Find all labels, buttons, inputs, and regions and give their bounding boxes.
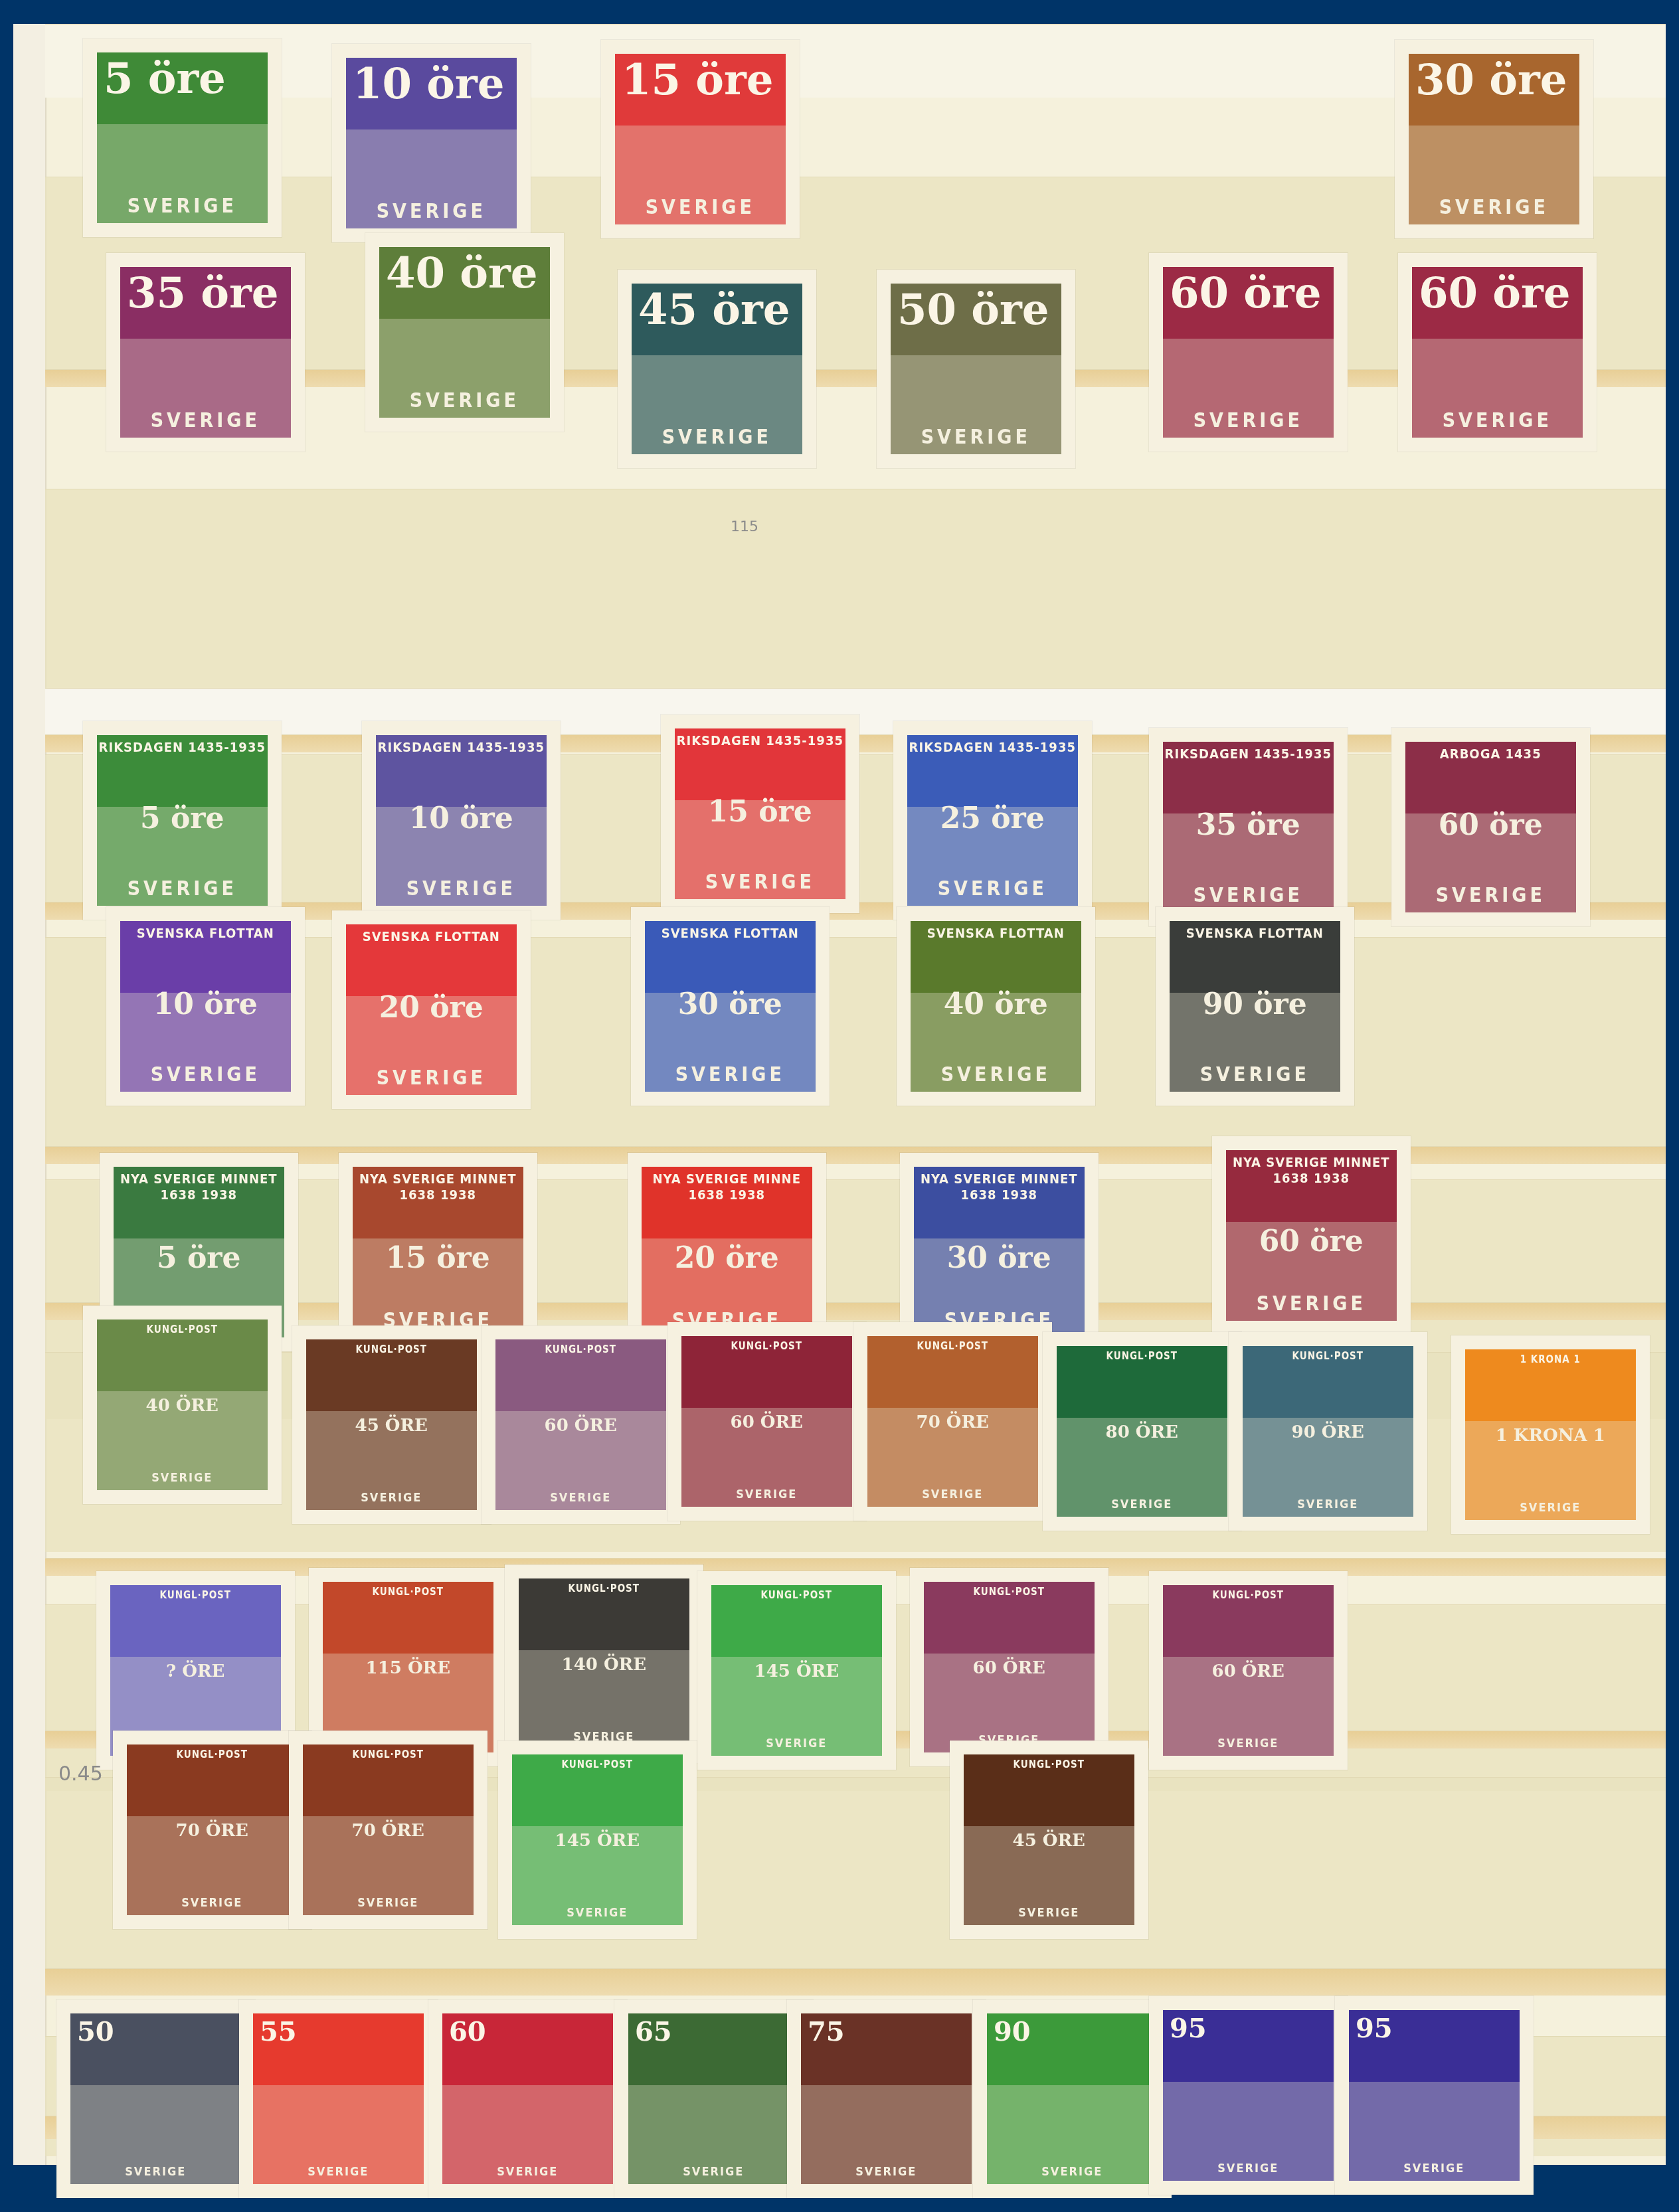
- stamp-face: NYA SVERIGE MINNET 1638 193860 öreSVERIG…: [1226, 1150, 1397, 1321]
- stamp: SVENSKA FLOTTAN20 öreSVERIGE: [332, 910, 531, 1109]
- stamp-face: 90SVERIGE: [987, 2013, 1158, 2184]
- stamp-value: [632, 376, 802, 381]
- stamp-face: 55SVERIGE: [253, 2013, 424, 2184]
- stamp-value: [1349, 2099, 1520, 2104]
- stamp-value: ? ÖRE: [110, 1658, 281, 1680]
- stamp-value: 60 öre: [1163, 267, 1334, 315]
- stamp-inscription: ARBOGA 1435: [1405, 742, 1576, 762]
- stamp-country: SVERIGE: [645, 1063, 816, 1092]
- stamp-face: KUNGL·POST45 ÖRESVERIGE: [306, 1339, 477, 1510]
- stamp-country: SVERIGE: [907, 877, 1078, 906]
- stamp: SVENSKA FLOTTAN40 öreSVERIGE: [897, 907, 1095, 1106]
- stamp-inscription: KUNGL·POST: [512, 1754, 683, 1770]
- stamp-country: SVERIGE: [615, 196, 786, 224]
- stamp-value: 10 öre: [120, 985, 291, 1019]
- stamp-face: NYA SVERIGE MINNET 1638 193815 öreSVERIG…: [353, 1167, 523, 1337]
- stamp: 5 öreSVERIGE: [83, 39, 282, 237]
- stamp: RIKSDAGEN 1435-193525 öreSVERIGE: [893, 721, 1092, 920]
- stamp-country: SVERIGE: [964, 1906, 1134, 1925]
- stamp-face: ARBOGA 143560 öreSVERIGE: [1405, 742, 1576, 912]
- stamp-face: 75SVERIGE: [801, 2013, 972, 2184]
- stamp-value: 95: [1349, 2010, 1520, 2042]
- stamp-value: 50: [70, 2013, 241, 2045]
- stamp: KUNGL·POST60 ÖRESVERIGE: [1149, 1571, 1348, 1770]
- stamp: 95SVERIGE: [1335, 1996, 1534, 2195]
- stamp-face: 50 öreSVERIGE: [891, 284, 1061, 454]
- stamp-value: [120, 359, 291, 365]
- stamp-face: RIKSDAGEN 1435-193535 öreSVERIGE: [1163, 742, 1334, 912]
- stamp: KUNGL·POST80 ÖRESVERIGE: [1043, 1332, 1241, 1531]
- stamp-face: KUNGL·POST60 ÖRESVERIGE: [924, 1582, 1095, 1752]
- stamp-face: KUNGL·POST140 ÖRESVERIGE: [519, 1578, 689, 1749]
- stamp: RIKSDAGEN 1435-193515 öreSVERIGE: [661, 715, 859, 913]
- stamp-value: [891, 376, 1061, 381]
- stamp: KUNGL·POST70 ÖRESVERIGE: [853, 1322, 1052, 1521]
- stamp: KUNGL·POST60 ÖRESVERIGE: [910, 1568, 1108, 1766]
- stamp: NYA SVERIGE MINNET 1638 193815 öreSVERIG…: [339, 1153, 537, 1351]
- stamp: 50SVERIGE: [56, 1999, 255, 2198]
- stamp-face: KUNGL·POST90 ÖRESVERIGE: [1243, 1346, 1413, 1517]
- stamp-country: SVERIGE: [867, 1488, 1038, 1507]
- stamp: KUNGL·POST70 ÖRESVERIGE: [113, 1731, 311, 1929]
- stamp-value: [379, 339, 550, 345]
- stamp-face: 5 öreSVERIGE: [97, 52, 268, 223]
- stamp: RIKSDAGEN 1435-193535 öreSVERIGE: [1149, 728, 1348, 926]
- stamp-value: 5 öre: [97, 52, 268, 100]
- stamp-face: NYA SVERIGE MINNE 1638 193820 öreSVERIGE: [642, 1167, 812, 1337]
- stamp-country: SVERIGE: [97, 1471, 268, 1490]
- stamp: KUNGL·POST145 ÖRESVERIGE: [697, 1571, 896, 1770]
- stamp-face: KUNGL·POST40 ÖRESVERIGE: [97, 1319, 268, 1490]
- stamp-inscription: NYA SVERIGE MINNET 1638 1938: [353, 1167, 523, 1203]
- stamp: 40 öreSVERIGE: [365, 233, 564, 432]
- stamp-country: SVERIGE: [253, 2165, 424, 2184]
- pocket-strip: [45, 489, 1666, 695]
- stamp-face: 95SVERIGE: [1163, 2010, 1334, 2181]
- stamp: 50 öreSVERIGE: [877, 270, 1075, 468]
- stamp-country: SVERIGE: [1163, 2162, 1334, 2181]
- stamp-face: 10 öreSVERIGE: [346, 58, 517, 228]
- stamp-face: SVENSKA FLOTTAN40 öreSVERIGE: [911, 921, 1081, 1092]
- stamp-country: SVERIGE: [120, 1063, 291, 1092]
- stamp-value: 90: [987, 2013, 1158, 2045]
- stamp-value: 40 öre: [379, 247, 550, 295]
- stamp-face: 95SVERIGE: [1349, 2010, 1520, 2181]
- stamp: KUNGL·POST70 ÖRESVERIGE: [289, 1731, 487, 1929]
- stamp-value: [1412, 359, 1583, 365]
- stamp-face: KUNGL·POST70 ÖRESVERIGE: [867, 1336, 1038, 1507]
- stamp-value: 35 öre: [1163, 806, 1334, 840]
- stamp: SVENSKA FLOTTAN30 öreSVERIGE: [631, 907, 830, 1106]
- stamp-country: SVERIGE: [1226, 1292, 1397, 1321]
- stamp-value: [346, 150, 517, 155]
- stamp-inscription: SVENSKA FLOTTAN: [911, 921, 1081, 941]
- stamp: SVENSKA FLOTTAN10 öreSVERIGE: [106, 907, 305, 1106]
- stamp-value: [253, 2102, 424, 2108]
- stamp-inscription: RIKSDAGEN 1435-1935: [907, 735, 1078, 755]
- stamp-face: NYA SVERIGE MINNET 1638 193830 öreSVERIG…: [914, 1167, 1085, 1337]
- stamp-value: 10 öre: [346, 58, 517, 106]
- stamp: NYA SVERIGE MINNE 1638 193820 öreSVERIGE: [628, 1153, 826, 1351]
- stamp-value: 30 öre: [645, 985, 816, 1019]
- stamp-country: SVERIGE: [379, 389, 550, 418]
- stamp-country: SVERIGE: [120, 409, 291, 438]
- stamp-country: SVERIGE: [1163, 1737, 1334, 1756]
- stamp-value: [97, 145, 268, 150]
- stamp-country: SVERIGE: [1057, 1497, 1227, 1517]
- stamp-face: KUNGL·POST60 ÖRESVERIGE: [495, 1339, 666, 1510]
- pencil-note: 115: [731, 519, 758, 535]
- stamp-face: 30 öreSVERIGE: [1409, 54, 1579, 224]
- stamp: KUNGL·POST60 ÖRESVERIGE: [667, 1322, 866, 1521]
- stamp-value: 10 öre: [376, 799, 547, 833]
- stamp-value: [987, 2102, 1158, 2108]
- stamp-value: 75: [801, 2013, 972, 2045]
- stamp-value: 35 öre: [120, 267, 291, 315]
- stamp-country: SVERIGE: [711, 1737, 882, 1756]
- stamp-inscription: NYA SVERIGE MINNET 1638 1938: [1226, 1150, 1397, 1186]
- stamp-country: SVERIGE: [1465, 1501, 1636, 1520]
- stamp: 90SVERIGE: [973, 1999, 1172, 2198]
- stamp-value: 145 ÖRE: [711, 1658, 882, 1680]
- album-page: 5 öreSVERIGE10 öreSVERIGE15 öreSVERIGE30…: [13, 24, 1666, 2165]
- stamp-face: SVENSKA FLOTTAN90 öreSVERIGE: [1170, 921, 1340, 1092]
- stamp-value: [1163, 2099, 1334, 2104]
- stamp-value: [1409, 146, 1579, 151]
- stamp-inscription: SVENSKA FLOTTAN: [1170, 921, 1340, 941]
- stamp-country: SVERIGE: [681, 1488, 852, 1507]
- stamp-country: SVERIGE: [628, 2165, 799, 2184]
- stamp-face: 40 öreSVERIGE: [379, 247, 550, 418]
- stamp-value: 25 öre: [907, 799, 1078, 833]
- stamp-value: 45 ÖRE: [306, 1412, 477, 1434]
- stamp-face: KUNGL·POST115 ÖRESVERIGE: [323, 1582, 493, 1752]
- stamp: KUNGL·POST145 ÖRESVERIGE: [498, 1741, 697, 1939]
- stamp-value: 65: [628, 2013, 799, 2045]
- stamp: RIKSDAGEN 1435-19355 öreSVERIGE: [83, 721, 282, 920]
- stamp-value: 145 ÖRE: [512, 1827, 683, 1849]
- stamp-inscription: SVENSKA FLOTTAN: [645, 921, 816, 941]
- stamp-value: 30 öre: [914, 1238, 1085, 1273]
- stamp-value: 55: [253, 2013, 424, 2045]
- stamp-inscription: KUNGL·POST: [964, 1754, 1134, 1770]
- stamp-inscription: RIKSDAGEN 1435-1935: [675, 728, 845, 748]
- stamp-value: 70 ÖRE: [127, 1817, 298, 1839]
- stamp-value: 60 öre: [1226, 1222, 1397, 1256]
- stamp-inscription: RIKSDAGEN 1435-1935: [97, 735, 268, 755]
- stamp: 95SVERIGE: [1149, 1996, 1348, 2195]
- stamp-value: 60 ÖRE: [924, 1654, 1095, 1677]
- stamp-country: SVERIGE: [891, 426, 1061, 454]
- stamp: 45 öreSVERIGE: [618, 270, 816, 468]
- stamp: KUNGL·POST60 ÖRESVERIGE: [482, 1325, 680, 1524]
- stamp-inscription: KUNGL·POST: [1163, 1585, 1334, 1601]
- stamp-country: SVERIGE: [97, 195, 268, 223]
- stamp-face: KUNGL·POST60 ÖRESVERIGE: [1163, 1585, 1334, 1756]
- stamp-face: SVENSKA FLOTTAN20 öreSVERIGE: [346, 924, 517, 1095]
- stamp-value: [70, 2102, 241, 2108]
- stamp: 55SVERIGE: [239, 1999, 438, 2198]
- stamp-value: 45 ÖRE: [964, 1827, 1134, 1849]
- stamp-country: SVERIGE: [512, 1906, 683, 1925]
- stamp-inscription: KUNGL·POST: [303, 1744, 474, 1760]
- stamp-face: SVENSKA FLOTTAN30 öreSVERIGE: [645, 921, 816, 1092]
- stamp-inscription: KUNGL·POST: [519, 1578, 689, 1594]
- stamp-value: 30 öre: [1409, 54, 1579, 102]
- stamp-face: KUNGL·POST45 ÖRESVERIGE: [964, 1754, 1134, 1925]
- stamp-inscription: KUNGL·POST: [867, 1336, 1038, 1352]
- stamp-country: SVERIGE: [1405, 884, 1576, 912]
- stamp-inscription: NYA SVERIGE MINNE 1638 1938: [642, 1167, 812, 1203]
- stamp-inscription: KUNGL·POST: [1057, 1346, 1227, 1362]
- stamp-face: 65SVERIGE: [628, 2013, 799, 2184]
- stamp-value: 5 öre: [114, 1238, 284, 1273]
- stamp-value: 115 ÖRE: [323, 1654, 493, 1677]
- stamp-value: 50 öre: [891, 284, 1061, 331]
- stamp: SVENSKA FLOTTAN90 öreSVERIGE: [1156, 907, 1354, 1106]
- stamp-value: [1163, 359, 1334, 365]
- stamp-value: 1 KRONA 1: [1465, 1422, 1636, 1444]
- stamp-inscription: SVENSKA FLOTTAN: [120, 921, 291, 941]
- stamp-face: KUNGL·POST80 ÖRESVERIGE: [1057, 1346, 1227, 1517]
- stamp-inscription: NYA SVERIGE MINNET 1638 1938: [114, 1167, 284, 1203]
- stamp-value: 15 öre: [353, 1238, 523, 1273]
- stamp-value: 20 öre: [642, 1238, 812, 1273]
- stamp: 75SVERIGE: [787, 1999, 986, 2198]
- stamp-face: RIKSDAGEN 1435-193525 öreSVERIGE: [907, 735, 1078, 906]
- stamp-country: SVERIGE: [911, 1063, 1081, 1092]
- stamp-country: SVERIGE: [376, 877, 547, 906]
- stamp-value: 60 öre: [1405, 806, 1576, 840]
- stamp: 60SVERIGE: [428, 1999, 627, 2198]
- stamp-inscription: KUNGL·POST: [97, 1319, 268, 1335]
- stamp-country: SVERIGE: [1163, 409, 1334, 438]
- stamp: 30 öreSVERIGE: [1395, 40, 1593, 238]
- stamp-inscription: SVENSKA FLOTTAN: [346, 924, 517, 944]
- stamp-value: 5 öre: [97, 799, 268, 833]
- stamp: 10 öreSVERIGE: [332, 44, 531, 242]
- stamp-inscription: KUNGL·POST: [495, 1339, 666, 1355]
- stamp-country: SVERIGE: [346, 200, 517, 228]
- stamp-country: SVERIGE: [1243, 1497, 1413, 1517]
- stamp-country: SVERIGE: [675, 871, 845, 899]
- stamp-inscription: NYA SVERIGE MINNET 1638 1938: [914, 1167, 1085, 1203]
- stamp-inscription: KUNGL·POST: [306, 1339, 477, 1355]
- stamp-value: 70 ÖRE: [303, 1817, 474, 1839]
- stamp: NYA SVERIGE MINNET 1638 193860 öreSVERIG…: [1212, 1136, 1411, 1335]
- stamp-value: [442, 2102, 613, 2108]
- stamp-value: 60 ÖRE: [495, 1412, 666, 1434]
- stamp-country: SVERIGE: [632, 426, 802, 454]
- stamp-face: 50SVERIGE: [70, 2013, 241, 2184]
- stamp-country: SVERIGE: [303, 1896, 474, 1915]
- stamp-face: 45 öreSVERIGE: [632, 284, 802, 454]
- stamp-face: SVENSKA FLOTTAN10 öreSVERIGE: [120, 921, 291, 1092]
- stamp-value: [615, 146, 786, 151]
- stamp-value: 20 öre: [346, 988, 517, 1023]
- stamp-face: KUNGL·POST145 ÖRESVERIGE: [512, 1754, 683, 1925]
- stamp-value: 140 ÖRE: [519, 1651, 689, 1673]
- stamp-face: KUNGL·POST145 ÖRESVERIGE: [711, 1585, 882, 1756]
- stamp-face: KUNGL·POST70 ÖRESVERIGE: [303, 1744, 474, 1915]
- stamp-value: 70 ÖRE: [867, 1408, 1038, 1431]
- stamp-face: 60SVERIGE: [442, 2013, 613, 2184]
- stamp: KUNGL·POST140 ÖRESVERIGE: [505, 1565, 703, 1763]
- stamp-face: RIKSDAGEN 1435-193510 öreSVERIGE: [376, 735, 547, 906]
- stamp-country: SVERIGE: [1409, 196, 1579, 224]
- stamp-value: 90 öre: [1170, 985, 1340, 1019]
- stamp-country: SVERIGE: [442, 2165, 613, 2184]
- stamp-country: SVERIGE: [346, 1066, 517, 1095]
- stamp: 65SVERIGE: [614, 1999, 813, 2198]
- stamp-country: SVERIGE: [1349, 2162, 1520, 2181]
- stamp-face: 15 öreSVERIGE: [615, 54, 786, 224]
- stamp: 15 öreSVERIGE: [601, 40, 800, 238]
- stamp-value: 60 ÖRE: [681, 1408, 852, 1431]
- stamp: 60 öreSVERIGE: [1398, 253, 1597, 452]
- pocket-strip-edge: [45, 1968, 1666, 1996]
- stamp-country: SVERIGE: [801, 2165, 972, 2184]
- stamp: 35 öreSVERIGE: [106, 253, 305, 452]
- pencil-note: 0.45: [58, 1762, 103, 1786]
- stamp-inscription: KUNGL·POST: [127, 1744, 298, 1760]
- stamp-value: 60: [442, 2013, 613, 2045]
- stamp-value: 90 ÖRE: [1243, 1418, 1413, 1441]
- stamp-face: 35 öreSVERIGE: [120, 267, 291, 438]
- stamp-country: SVERIGE: [127, 1896, 298, 1915]
- stamp: NYA SVERIGE MINNET 1638 193830 öreSVERIG…: [900, 1153, 1099, 1351]
- stamp-country: SVERIGE: [1170, 1063, 1340, 1092]
- stamp: KUNGL·POST40 ÖRESVERIGE: [83, 1306, 282, 1504]
- stamp-inscription: KUNGL·POST: [323, 1582, 493, 1598]
- stamp: 1 KRONA 11 KRONA 1SVERIGE: [1451, 1335, 1650, 1534]
- stamp-face: 60 öreSVERIGE: [1412, 267, 1583, 438]
- stamp-inscription: KUNGL·POST: [681, 1336, 852, 1352]
- stamp: KUNGL·POST45 ÖRESVERIGE: [950, 1741, 1148, 1939]
- stamp-country: SVERIGE: [97, 877, 268, 906]
- stamp-country: SVERIGE: [70, 2165, 241, 2184]
- stamp-face: RIKSDAGEN 1435-19355 öreSVERIGE: [97, 735, 268, 906]
- stamp-face: KUNGL·POST60 ÖRESVERIGE: [681, 1336, 852, 1507]
- stamp: RIKSDAGEN 1435-193510 öreSVERIGE: [362, 721, 561, 920]
- stamp-value: 40 öre: [911, 985, 1081, 1019]
- stamp-inscription: RIKSDAGEN 1435-1935: [1163, 742, 1334, 762]
- stamp: KUNGL·POST45 ÖRESVERIGE: [292, 1325, 491, 1524]
- stamp: 60 öreSVERIGE: [1149, 253, 1348, 452]
- stamp-value: [628, 2102, 799, 2108]
- stamp-country: SVERIGE: [306, 1491, 477, 1510]
- stamp-value: 40 ÖRE: [97, 1392, 268, 1414]
- stamp-inscription: KUNGL·POST: [924, 1582, 1095, 1598]
- stamp-value: 45 öre: [632, 284, 802, 331]
- stamp-country: SVERIGE: [987, 2165, 1158, 2184]
- stamp-inscription: 1 KRONA 1: [1465, 1349, 1636, 1365]
- stamp: KUNGL·POST90 ÖRESVERIGE: [1229, 1332, 1427, 1531]
- stamp-value: [801, 2102, 972, 2108]
- stamp-face: 60 öreSVERIGE: [1163, 267, 1334, 438]
- stamp-country: SVERIGE: [1412, 409, 1583, 438]
- stamp-value: 60 ÖRE: [1163, 1658, 1334, 1680]
- stamp: ARBOGA 143560 öreSVERIGE: [1391, 728, 1590, 926]
- stamp-country: SVERIGE: [495, 1491, 666, 1510]
- stamp-value: 60 öre: [1412, 267, 1583, 315]
- stamp-inscription: RIKSDAGEN 1435-1935: [376, 735, 547, 755]
- stamp-value: 80 ÖRE: [1057, 1418, 1227, 1441]
- stamp-value: 95: [1163, 2010, 1334, 2042]
- stamp-inscription: KUNGL·POST: [1243, 1346, 1413, 1362]
- stamp-face: 1 KRONA 11 KRONA 1SVERIGE: [1465, 1349, 1636, 1520]
- stamp-value: 15 öre: [615, 54, 786, 102]
- stamp-value: 15 öre: [675, 792, 845, 827]
- stamp-inscription: KUNGL·POST: [110, 1585, 281, 1601]
- stamp-face: RIKSDAGEN 1435-193515 öreSVERIGE: [675, 728, 845, 899]
- stamp-inscription: KUNGL·POST: [711, 1585, 882, 1601]
- stamp-face: KUNGL·POST70 ÖRESVERIGE: [127, 1744, 298, 1915]
